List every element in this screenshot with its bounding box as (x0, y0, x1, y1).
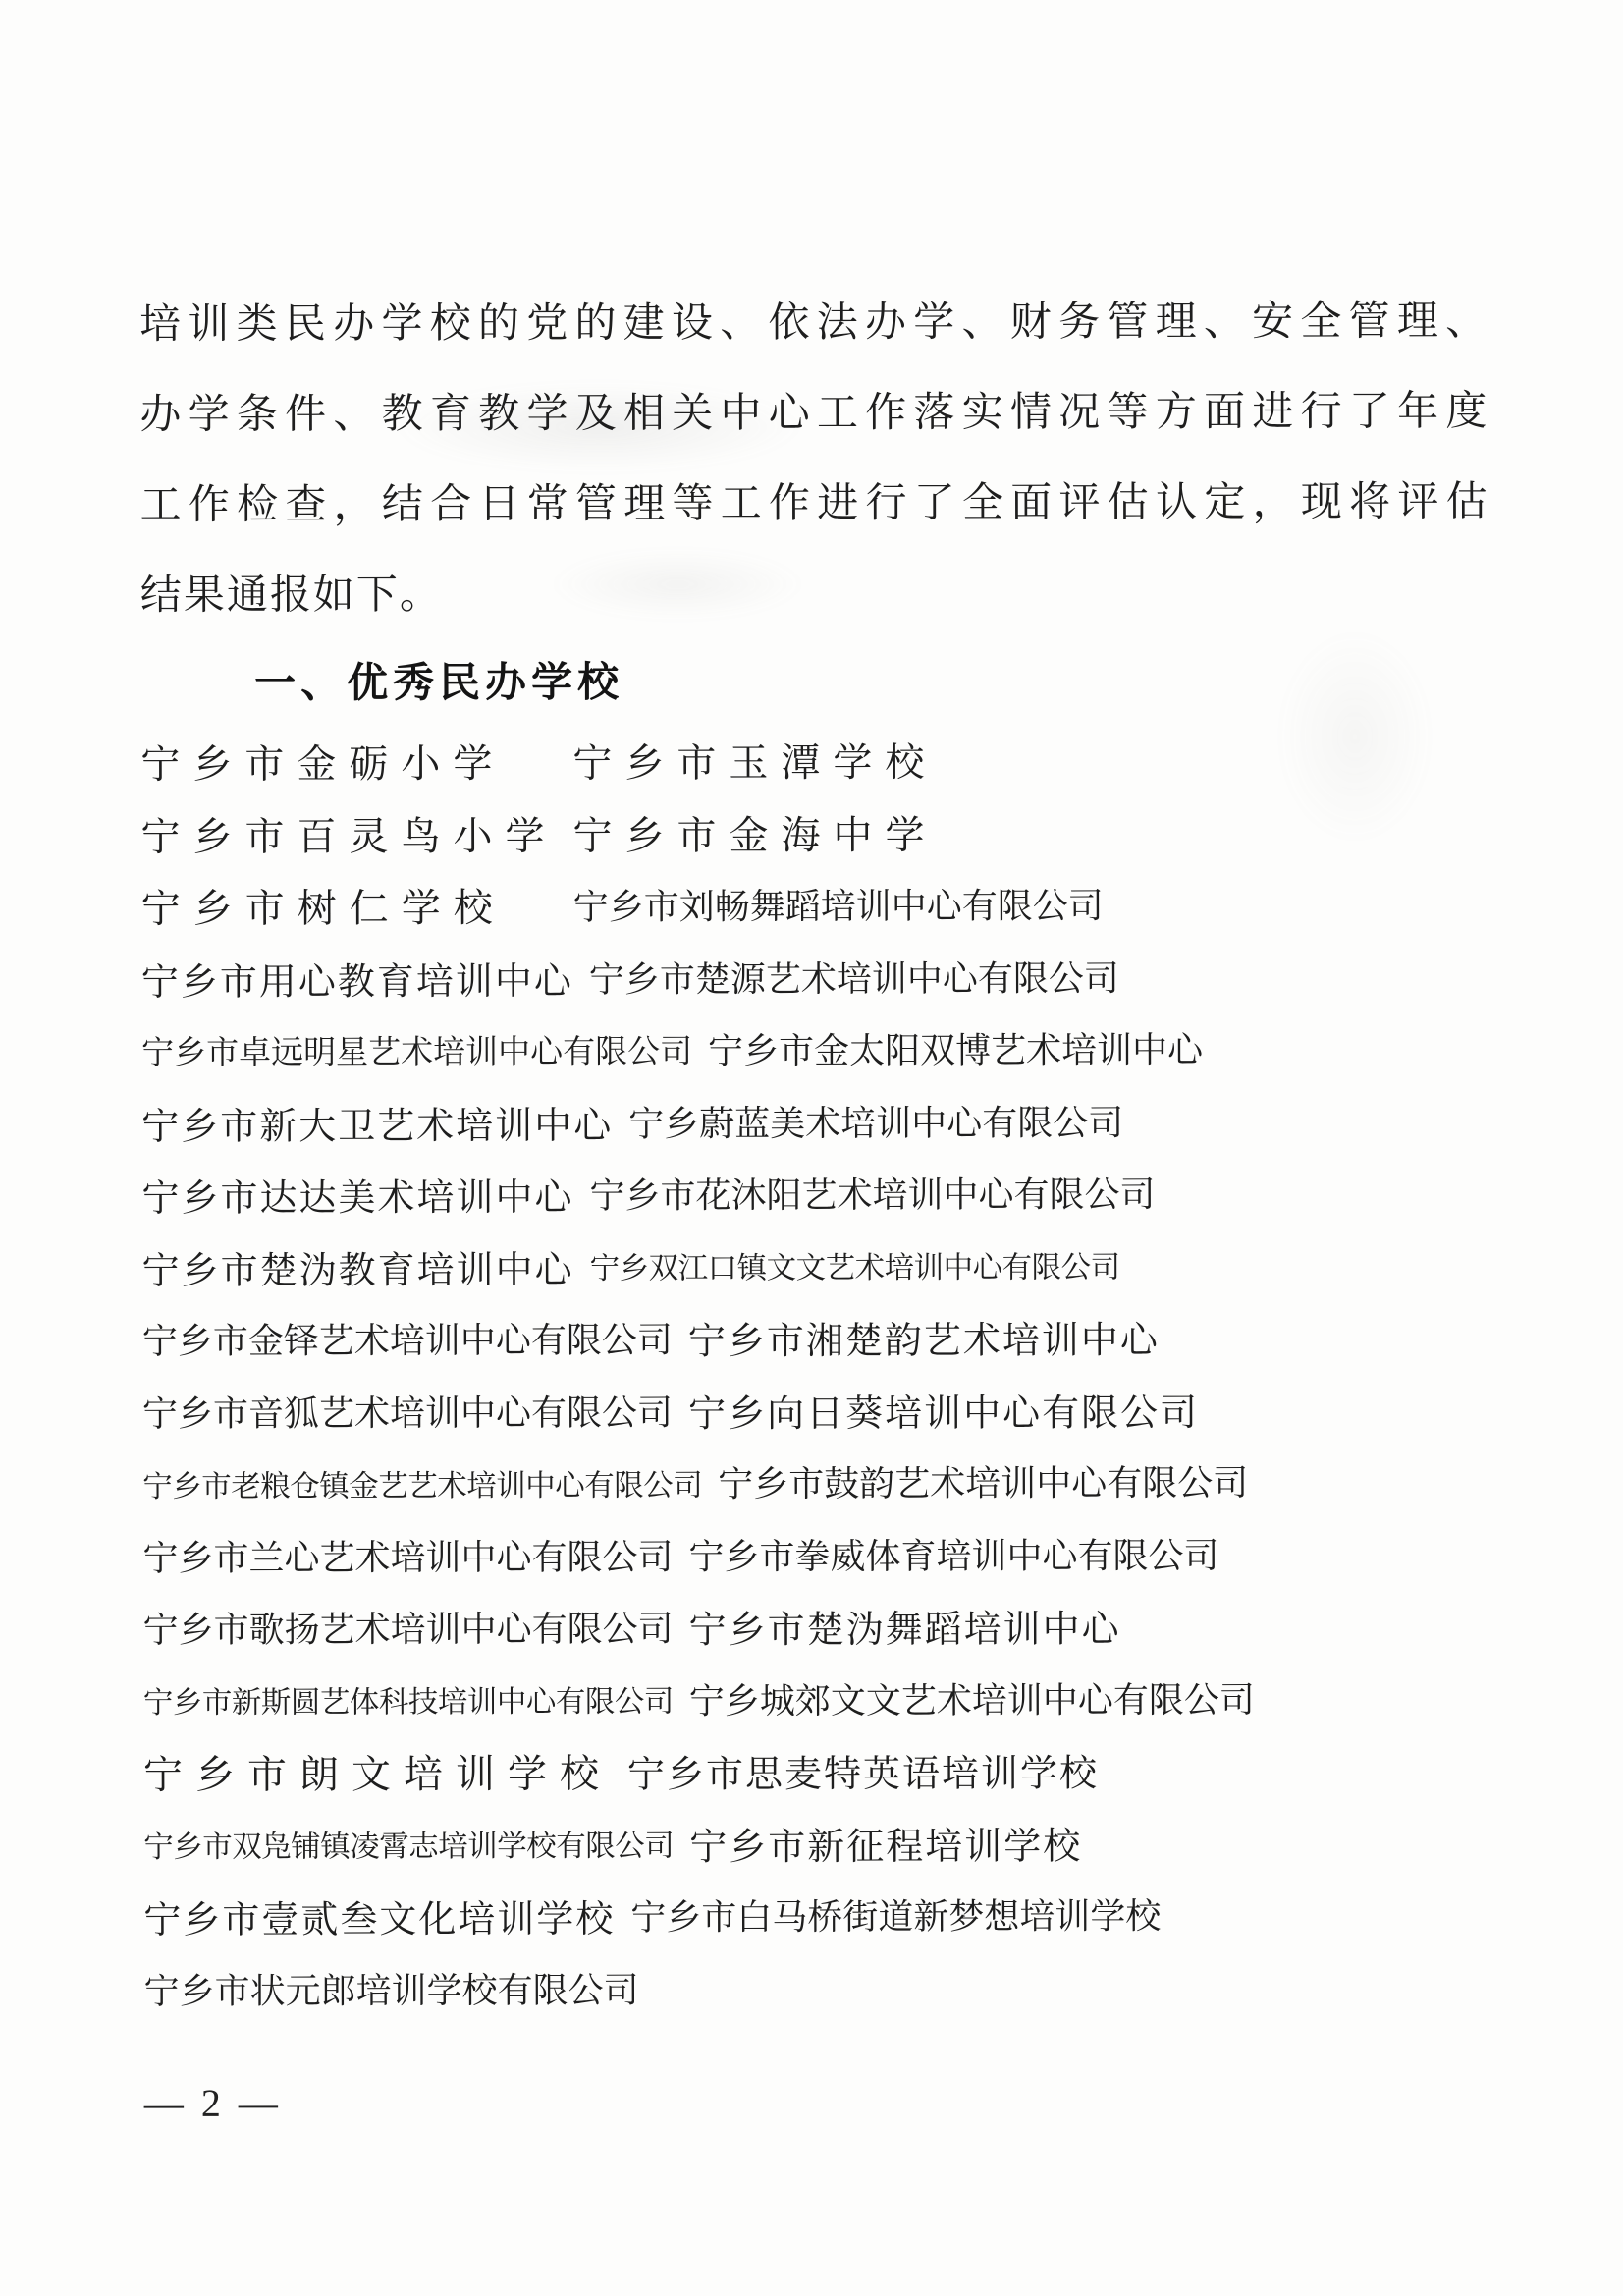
school-row: 宁乡市新斯圆艺体科技培训中心有限公司宁乡城郊文文艺术培训中心有限公司 (143, 1661, 1492, 1736)
school-row: 宁乡市金砺小学宁乡市玉潭学校 (140, 722, 1489, 797)
school-row: 宁乡市金铎艺术培训中心有限公司宁乡市湘楚韵艺术培训中心 (142, 1299, 1491, 1375)
paragraph-line: 培训类民办学校的党的建设、依法办学、财务管理、安全管理、 (139, 276, 1488, 370)
school-row: 宁乡市楚沩教育培训中心宁乡双江口镇文文艺术培训中心有限公司 (142, 1228, 1491, 1303)
school-name: 宁乡城郊文文艺术培训中心有限公司 (674, 1672, 1255, 1724)
school-row: 宁乡市用心教育培训中心宁乡市楚源艺术培训中心有限公司 (141, 939, 1490, 1014)
school-row: 宁乡市歌扬艺术培训中心有限公司宁乡市楚沩舞蹈培训中心 (142, 1588, 1491, 1664)
school-name: 宁乡市楚沩教育培训中心 (142, 1239, 574, 1294)
school-name: 宁乡市楚沩舞蹈培训中心 (674, 1599, 1121, 1654)
school-name: 宁乡市树仁学校 (141, 877, 558, 934)
school-name: 宁乡市卓远明星艺术培训中心有限公司 (141, 1026, 692, 1073)
school-row: 宁乡市新大卫艺术培训中心宁乡蔚蓝美术培训中心有限公司 (141, 1083, 1490, 1159)
school-name: 宁乡市楚源艺术培训中心有限公司 (573, 951, 1119, 1002)
document-page: 培训类民办学校的党的建设、依法办学、财务管理、安全管理、 办学条件、教育教学及相… (0, 0, 1623, 2296)
footer-page-number: — 2 — (144, 2076, 1493, 2126)
paragraph-line: 办学条件、教育教学及相关中心工作落实情况等方面进行了年度 (139, 366, 1488, 461)
school-row: 宁乡市朗文培训学校宁乡市思麦特英语培训学校 (143, 1732, 1492, 1808)
school-row: 宁乡市树仁学校宁乡市刘畅舞蹈培训中心有限公司 (141, 866, 1490, 942)
school-name: 宁乡市白马桥街道新梦想培训学校 (615, 1889, 1161, 1941)
school-row: 宁乡市卓远明星艺术培训中心有限公司宁乡市金太阳双博艺术培训中心 (141, 1011, 1490, 1086)
school-name: 宁乡市百灵鸟小学 (140, 805, 557, 862)
school-name: 宁乡市刘畅舞蹈培训中心有限公司 (558, 879, 1104, 930)
school-name: 宁乡市思麦特英语培训学校 (612, 1743, 1099, 1798)
school-name: 宁乡市新斯圆艺体科技培训中心有限公司 (143, 1677, 674, 1722)
school-name: 宁乡市金砺小学 (140, 733, 557, 790)
school-name: 宁乡市达达美术培训中心 (141, 1167, 573, 1222)
school-name: 宁乡蔚蓝美术培训中心有限公司 (613, 1095, 1123, 1146)
school-name: 宁乡市状元郎培训学校有限公司 (143, 1962, 638, 2013)
school-name: 宁乡市双凫铺镇凌霄志培训学校有限公司 (143, 1822, 674, 1866)
school-name: 宁乡市歌扬艺术培训中心有限公司 (143, 1602, 674, 1653)
school-name: 宁乡市壹贰叁文化培训学校 (143, 1888, 615, 1943)
school-name: 宁乡市金海中学 (557, 804, 937, 861)
school-name: 宁乡市花沐阳艺术培训中心有限公司 (573, 1168, 1155, 1220)
school-name: 宁乡市新大卫艺术培训中心 (141, 1094, 613, 1149)
school-row: 宁乡市百灵鸟小学宁乡市金海中学 (140, 794, 1489, 870)
school-row: 宁乡市状元郎培训学校有限公司 (143, 1949, 1492, 2025)
school-name: 宁乡市鼓韵艺术培训中心有限公司 (702, 1455, 1248, 1506)
school-name: 宁乡双江口镇文文艺术培训中心有限公司 (574, 1243, 1120, 1287)
intro-paragraph: 培训类民办学校的党的建设、依法办学、财务管理、安全管理、 办学条件、教育教学及相… (139, 276, 1489, 641)
page-content: 培训类民办学校的党的建设、依法办学、财务管理、安全管理、 办学条件、教育教学及相… (139, 276, 1493, 2126)
school-name: 宁乡市音狐艺术培训中心有限公司 (142, 1385, 673, 1436)
school-row: 宁乡市音狐艺术培训中心有限公司宁乡向日葵培训中心有限公司 (142, 1372, 1491, 1448)
school-name: 宁乡市老粮仓镇金艺艺术培训中心有限公司 (142, 1460, 702, 1504)
school-name: 宁乡市湘楚韵艺术培训中心 (673, 1310, 1160, 1365)
school-name: 宁乡市金太阳双博艺术培训中心 (692, 1022, 1203, 1073)
school-list: 宁乡市金砺小学宁乡市玉潭学校宁乡市百灵鸟小学宁乡市金海中学宁乡市树仁学校宁乡市刘… (140, 722, 1492, 2025)
school-name: 宁乡向日葵培训中心有限公司 (673, 1382, 1199, 1437)
school-name: 宁乡市金铎艺术培训中心有限公司 (142, 1313, 673, 1364)
school-name: 宁乡市玉潭学校 (557, 732, 937, 789)
school-row: 宁乡市壹贰叁文化培训学校宁乡市白马桥街道新梦想培训学校 (143, 1877, 1492, 1952)
school-name: 宁乡市拳威体育培训中心有限公司 (673, 1528, 1218, 1579)
school-name: 宁乡市新征程培训学校 (674, 1815, 1082, 1870)
paragraph-line: 工作检查，结合日常管理等工作进行了全面评估认定，现将评估 (139, 457, 1488, 551)
school-row: 宁乡市老粮仓镇金艺艺术培训中心有限公司宁乡市鼓韵艺术培训中心有限公司 (142, 1444, 1491, 1519)
school-row: 宁乡市达达美术培训中心宁乡市花沐阳艺术培训中心有限公司 (141, 1155, 1490, 1230)
school-name: 宁乡市用心教育培训中心 (141, 951, 573, 1006)
school-row: 宁乡市兰心艺术培训中心有限公司宁乡市拳威体育培训中心有限公司 (142, 1516, 1491, 1592)
paragraph-line: 结果通报如下。 (140, 547, 1489, 641)
school-row: 宁乡市双凫铺镇凌霄志培训学校有限公司宁乡市新征程培训学校 (143, 1805, 1492, 1881)
school-name: 宁乡市兰心艺术培训中心有限公司 (142, 1529, 673, 1580)
school-name: 宁乡市朗文培训学校 (143, 1743, 612, 1800)
section-heading: 一、优秀民办学校 (140, 637, 1489, 726)
